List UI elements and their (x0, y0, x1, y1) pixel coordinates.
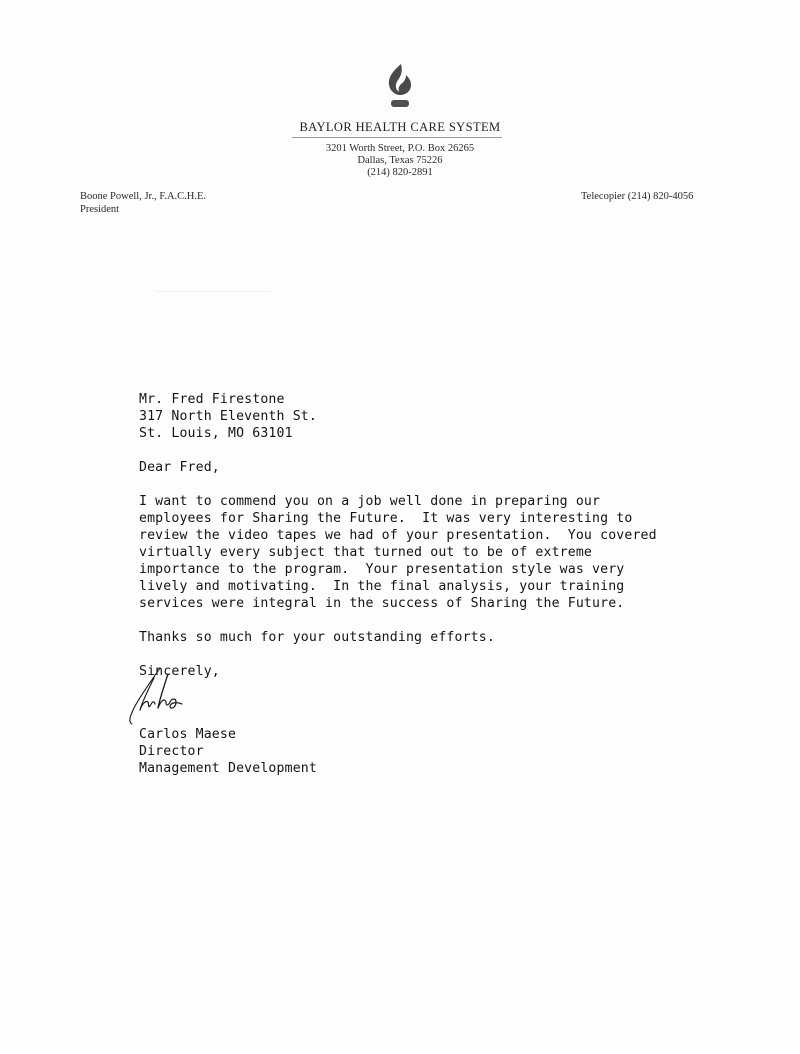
body-line: lively and motivating. In the final anal… (139, 578, 657, 595)
executive-name: Boone Powell, Jr., F.A.C.H.E. (80, 191, 206, 204)
closing: Sincerely, (139, 663, 657, 680)
body-line: virtually every subject that turned out … (139, 544, 657, 561)
signer-block: Carlos Maese Director Management Develop… (139, 726, 657, 777)
body-line: I want to commend you on a job well done… (139, 493, 657, 510)
telecopier-number: Telecopier (214) 820-4056 (581, 191, 693, 202)
recipient-street: 317 North Eleventh St. (139, 408, 657, 425)
recipient-name: Mr. Fred Firestone (139, 391, 657, 408)
body-line: review the video tapes we had of your pr… (139, 527, 657, 544)
letter-body: Mr. Fred Firestone 317 North Eleventh St… (139, 391, 657, 777)
recipient-city: St. Louis, MO 63101 (139, 425, 657, 442)
salutation: Dear Fred, (139, 459, 657, 476)
executive-title: President (80, 204, 206, 217)
recipient-address: Mr. Fred Firestone 317 North Eleventh St… (139, 391, 657, 442)
signer-title: Director (139, 743, 657, 760)
faint-scan-mark (155, 291, 270, 292)
flame-torch-icon (384, 63, 416, 109)
body-paragraph: I want to commend you on a job well done… (139, 493, 657, 612)
signer-department: Management Development (139, 760, 657, 777)
organization-name: BAYLOR HEALTH CARE SYSTEM (290, 120, 510, 135)
body-line: importance to the program. Your presenta… (139, 561, 657, 578)
body-line: employees for Sharing the Future. It was… (139, 510, 657, 527)
signer-name: Carlos Maese (139, 726, 657, 743)
letterhead-divider (292, 137, 502, 138)
closing-paragraph: Thanks so much for your outstanding effo… (139, 629, 657, 646)
executive-block: Boone Powell, Jr., F.A.C.H.E. President (80, 191, 206, 216)
letter-page: BAYLOR HEALTH CARE SYSTEM 3201 Worth Str… (0, 0, 800, 1054)
body-line: services were integral in the success of… (139, 595, 657, 612)
address-street: 3201 Worth Street, P.O. Box 26265 (290, 143, 510, 155)
organization-address: 3201 Worth Street, P.O. Box 26265 Dallas… (290, 143, 510, 179)
address-phone: (214) 820-2891 (290, 167, 510, 179)
handwritten-signature-icon (126, 664, 216, 728)
address-city: Dallas, Texas 75226 (290, 155, 510, 167)
